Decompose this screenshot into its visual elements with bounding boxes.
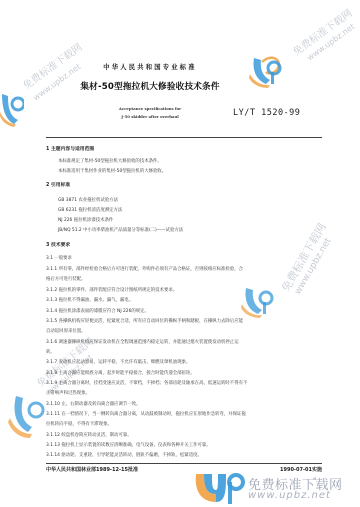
clause-line: 拉机转向平稳，不得有卡滞现象。: [46, 423, 112, 427]
footer-divider: [46, 463, 322, 464]
clause-line: 3.1.7 发动机应起动容易，运转平稳，不允许有敲击、爆燃及窜机油现象。: [46, 361, 190, 365]
clause-line: 3.1.12 绞盘机卷筒应转动灵活，制动可靠。: [46, 434, 132, 438]
reference-item: GB 3871 农业拖拉机试验方法: [58, 199, 118, 203]
section-heading: 2 引用标准: [46, 184, 70, 189]
reference-item: JB/NQ 51.2 中小功率柴油机产品质量分等标准(二)——试验方法: [58, 229, 183, 233]
clause-line: 格后方可进行装配。: [46, 278, 86, 282]
document-body: 1 主题内容与适用范围 本标准规定了集材-50型拖拉机大修验收的技术条件。 本标…: [46, 0, 322, 507]
clause-line: 3.1.1 所有零、部件经检验合格后方可进行装配，外购件必须有产品合格证，否则按…: [46, 268, 243, 272]
clause-line: 3.1.3 拖拉机不得漏油、漏水、漏气、漏电。: [46, 299, 133, 303]
clause-line: 3.1.4 拖拉机涂漆表面的漆膜应符合 NJ 226的规定。: [46, 310, 149, 314]
clause-line: 转。: [46, 351, 55, 355]
effective-date: 1990-07-01实施: [280, 466, 322, 473]
document-page: 免费标准下载网 www.upbz.net 免费标准下载网 www.upbz.ne…: [0, 0, 360, 507]
clause-line: 3.1.14 驱动轮、支重轮、引导轮能灵活转动，链轨不偏磨，不掉轨，松紧适度。: [46, 454, 202, 458]
subsection-heading: 3.1 一般要求: [46, 257, 72, 261]
brand-watermark-url: www.upbz.net: [248, 490, 331, 501]
reference-item: NJ 226 拖拉机涂漆技术条件: [58, 219, 113, 223]
section-heading: 1 主题内容与适用范围: [46, 148, 94, 153]
clause-line: 3.1.5 各操纵机构应轻便灵活，松紧度合适，所有应自动回位的操纵手柄和踏板，在…: [46, 320, 243, 324]
clause-line: 3.1.6 调速器操纵机构应保证发动机在全程调速范围内稳定运转，并能通过熄火装置…: [46, 341, 239, 345]
clause-line: 3.1.10 左、右制动器及转向离合器应调节一致。: [46, 403, 140, 407]
clause-line: 3.1.2 拖拉机的零件、部件装配应符合设计图纸所规定的技术要求。: [46, 289, 177, 293]
up-logo-icon: [192, 470, 246, 507]
clause-line: 正常响声和过热现象。: [46, 392, 90, 396]
clause-line: 3.1.13 拖拉机上显示装置的读数应清晰准确，电气设备、仪表和各种开关工作可靠…: [46, 444, 211, 448]
clause-line: 3.1.9 主离合器分离时，挂档变速应灵活，不窜档，不掉档；各部齿轮及轴承在高、…: [46, 382, 247, 386]
clause-line: 自动返回原来位置。: [46, 330, 86, 334]
section-heading: 3 技术要求: [46, 244, 70, 249]
paragraph: 本标准适用于集材作业的集材-50型拖拉机的大修验收。: [58, 170, 166, 174]
up-logo-icon: [8, 390, 48, 440]
paragraph: 本标准规定了集材-50型拖拉机大修验收的技术条件。: [58, 160, 162, 164]
issuer-approval: 中华人民共和国林业部1989-12-15批准: [46, 466, 138, 473]
reference-item: GB 6231 拖拉机清洁度测定方法: [58, 209, 122, 213]
clause-line: 3.1.11 在一档情况下，当一侧转向离合器分离，从动鼓被制动时，拖拉机应在原地…: [46, 413, 246, 417]
clause-line: 3.1.8 主离合器应能彻底分离，起步时能平稳接合，接合时能传递全部扭矩。: [46, 372, 195, 376]
